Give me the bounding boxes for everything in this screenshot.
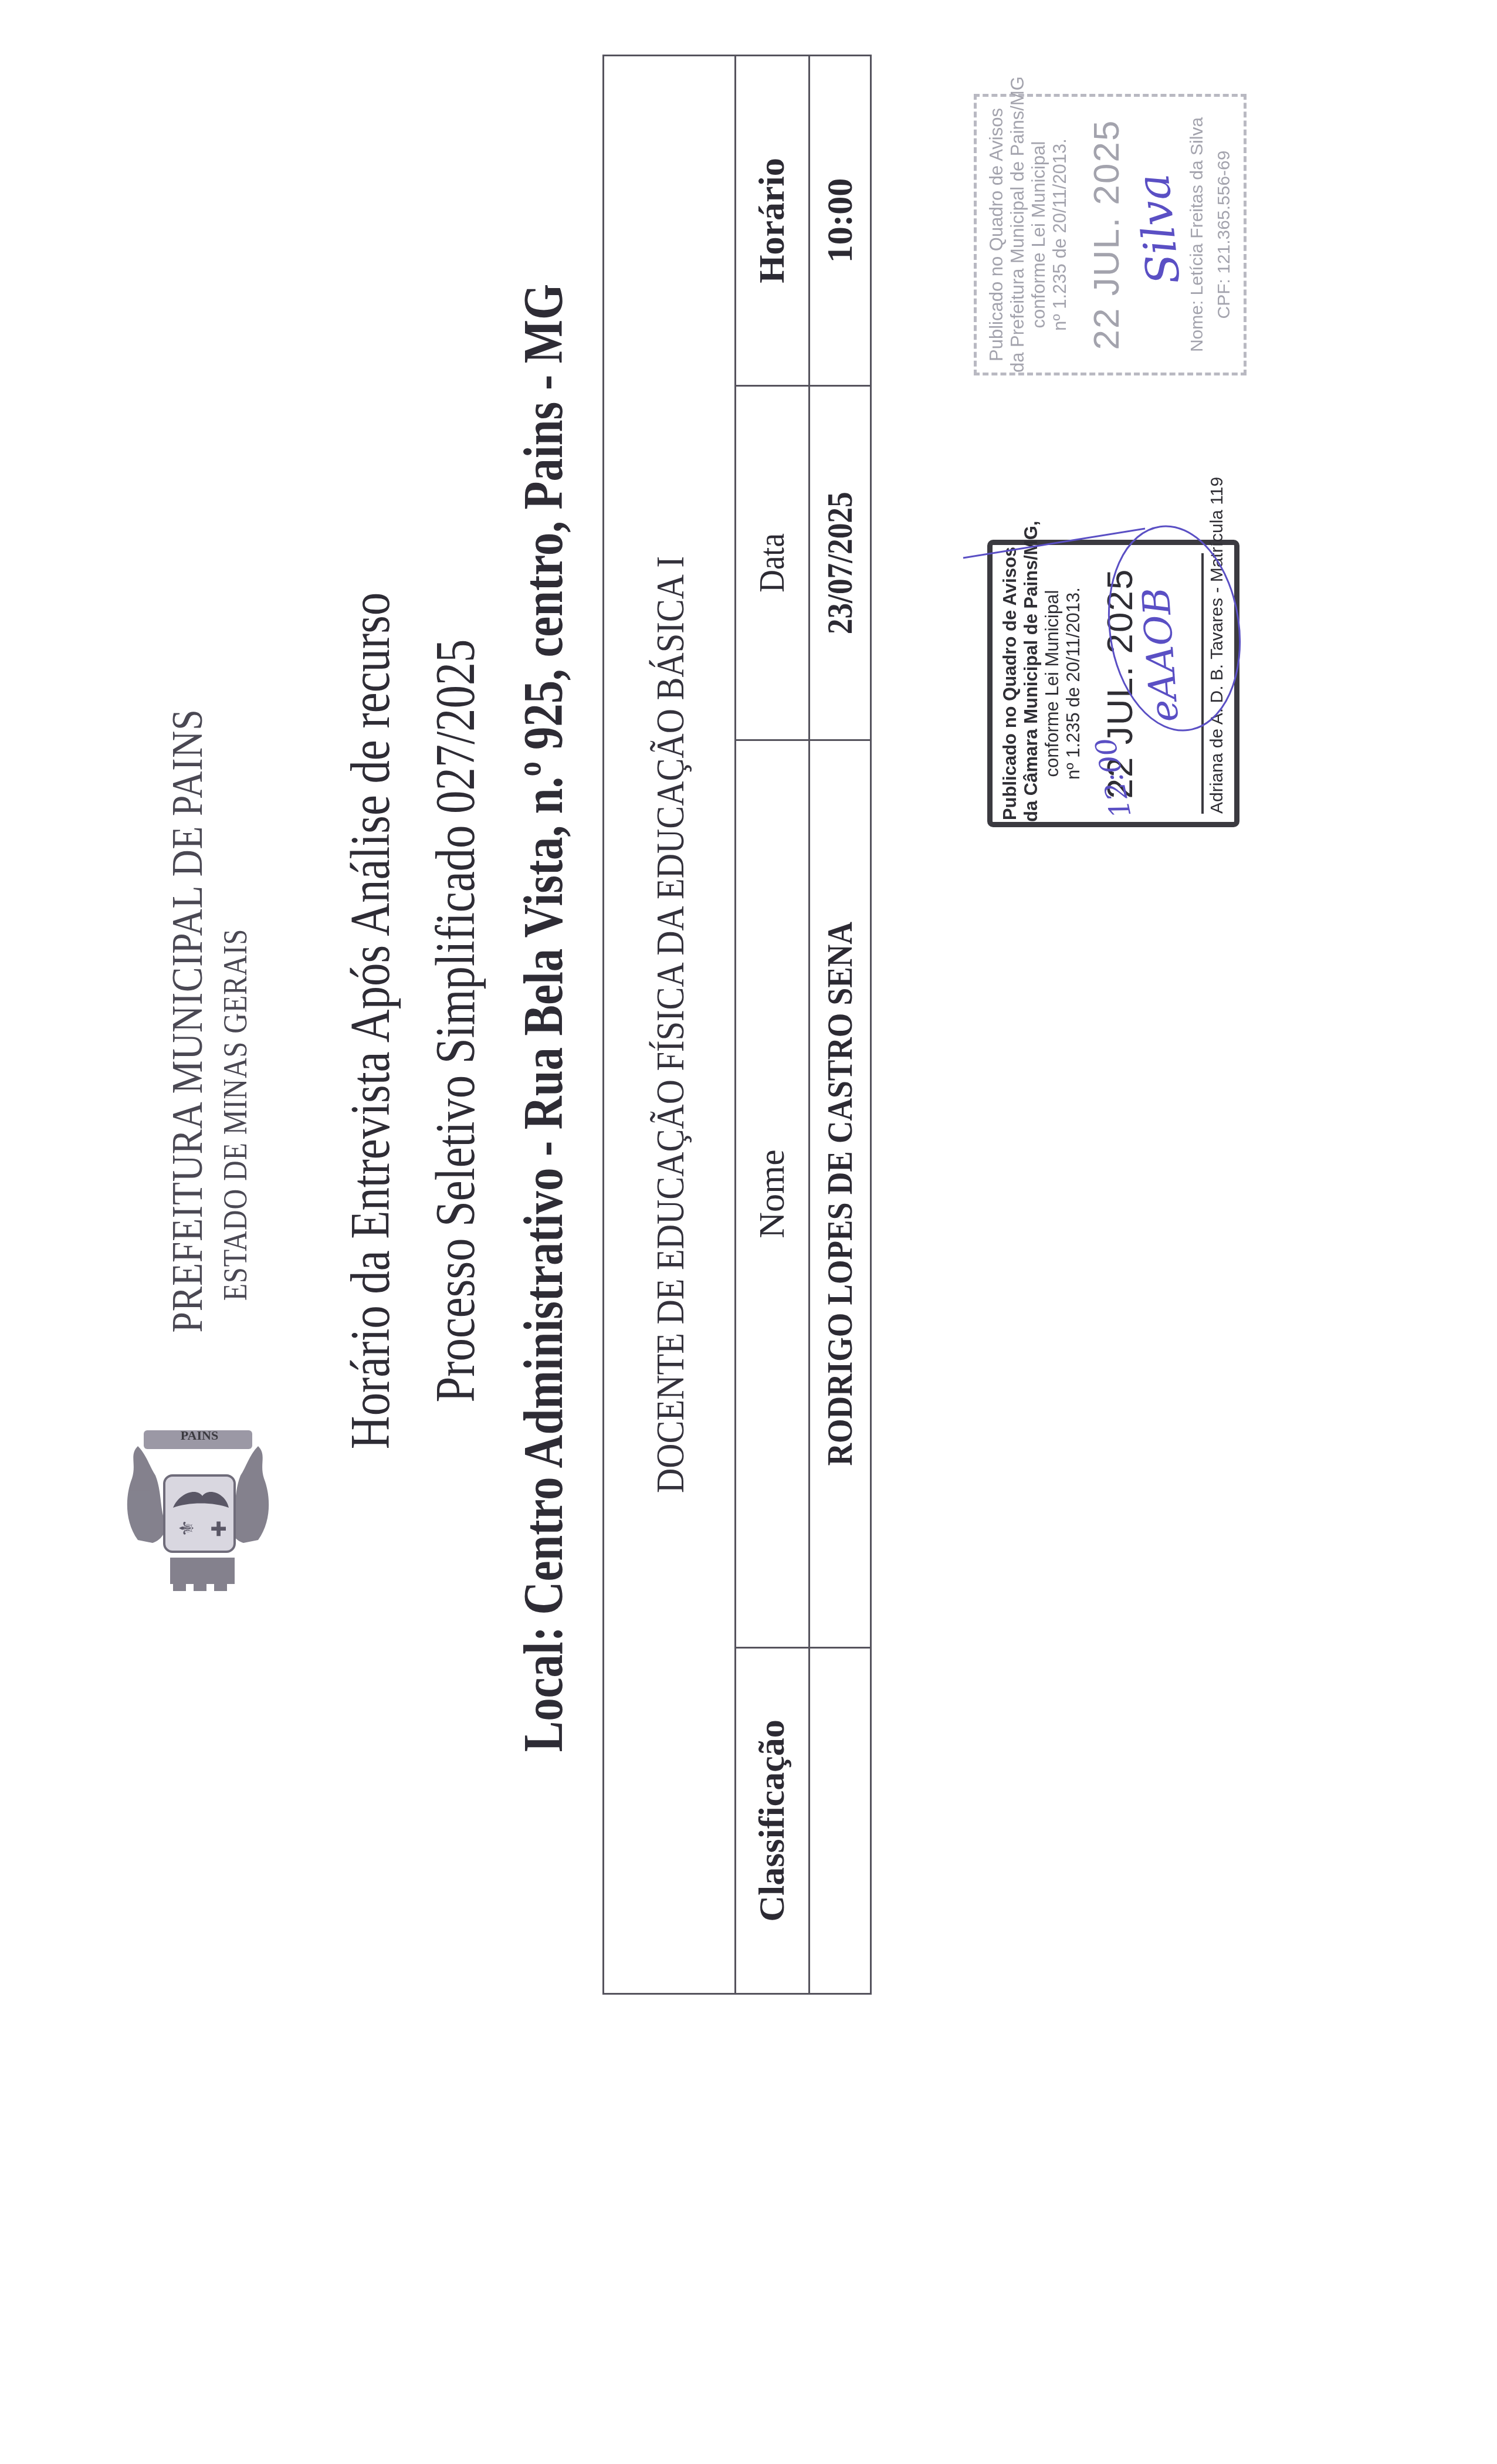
cell-data: 23/07/2025: [810, 387, 870, 739]
svg-text:PAINS: PAINS: [181, 1428, 218, 1443]
title-interview-schedule: Horário da Entrevista Após Análise de re…: [337, 593, 402, 1449]
svg-text:⚜: ⚜: [175, 1519, 199, 1537]
cell-nome: RODRIGO LOPES DE CASTRO SENA: [810, 741, 870, 1647]
table-row: [810, 1649, 870, 1993]
interview-table: DOCENTE DE EDUCAÇÃO FÍSICA DA EDUCAÇÃO B…: [602, 55, 872, 1995]
stamp-line: nº 1.235 de 20/11/2013.: [1049, 97, 1071, 373]
document-page: PREFEITURA MUNICIPAL DE PAINS ESTADO DE …: [0, 0, 1497, 2464]
svg-text:✚: ✚: [208, 1521, 231, 1538]
signature-loop-icon: [993, 534, 1245, 822]
column-header-classificacao: Classificação: [736, 1649, 808, 1993]
title-selection-process: Processo Seletivo Simplificado 027/2025: [422, 639, 487, 1403]
table-caption-cell: DOCENTE DE EDUCAÇÃO FÍSICA DA EDUCAÇÃO B…: [604, 56, 736, 1993]
cell-horario: 10:00: [810, 56, 870, 385]
stamp-date: 22 JUL. 2025: [1086, 97, 1127, 373]
column-header-data: Data: [736, 387, 808, 739]
publication-stamp-prefeitura: Publicado no Quadro de Avisos da Prefeit…: [974, 94, 1247, 375]
column-header-nome: Nome: [736, 741, 808, 1647]
stamp-line: Publicado no Quadro de Avisos: [986, 97, 1007, 373]
stamp-line: conforme Lei Municipal: [1028, 97, 1049, 373]
table-caption: DOCENTE DE EDUCAÇÃO FÍSICA DA EDUCAÇÃO B…: [647, 556, 693, 1493]
organization-state: ESTADO DE MINAS GERAIS: [217, 929, 255, 1301]
handwritten-signature: Silva: [1126, 171, 1190, 287]
title-location: Local: Centro Administrativo - Rua Bela …: [510, 284, 575, 1752]
coat-of-arms-icon: ⚜ ✚ PAINS: [114, 1420, 282, 1596]
stamp-line: da Prefeitura Municipal de Pains/MG: [1007, 97, 1028, 373]
organization-name: PREFEITURA MUNICIPAL DE PAINS: [163, 709, 213, 1333]
publication-stamp-camara: Publicado no Quadro de Avisos da Câmara …: [987, 540, 1239, 827]
column-header-horario: Horário: [736, 56, 808, 385]
stamp-cpf-line: CPF: 121.365.556-69: [1214, 105, 1234, 364]
stamp-name-line: Nome: Letícia Freitas da Silva: [1187, 105, 1207, 364]
